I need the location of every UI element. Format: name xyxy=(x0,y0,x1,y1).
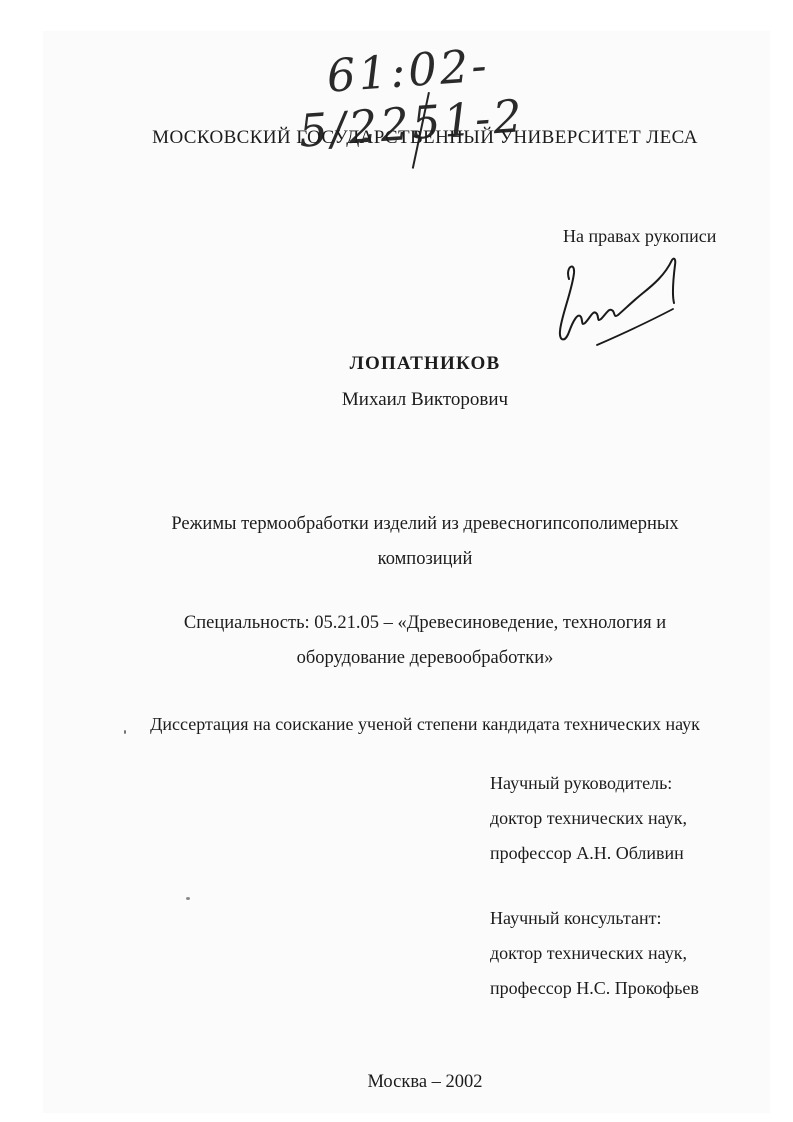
scan-artifact-dot xyxy=(186,897,190,900)
consultant-block: Научный консультант: доктор технических … xyxy=(490,901,699,1006)
city-year: Москва – 2002 xyxy=(70,1072,780,1093)
manuscript-rights-note: На правах рукописи xyxy=(563,226,716,247)
dissertation-statement: Диссертация на соискание ученой степени … xyxy=(70,714,780,735)
supervisor-name: профессор А.Н. Обливин xyxy=(490,836,687,871)
supervisor-degree: доктор технических наук, xyxy=(490,801,687,836)
signature-icon xyxy=(545,247,695,353)
dissertation-title-line2: композиций xyxy=(70,542,780,577)
specialty-line2: оборудование деревообработки» xyxy=(70,641,780,676)
specialty-line1: Специальность: 05.21.05 – «Древесиноведе… xyxy=(70,606,780,641)
scan-artifact-dot xyxy=(124,730,126,734)
supervisor-block: Научный руководитель: доктор технических… xyxy=(490,766,687,871)
supervisor-heading: Научный руководитель: xyxy=(490,766,687,801)
dissertation-title: Режимы термообработки изделий из древесн… xyxy=(70,507,780,577)
scanned-title-page: 61:02-5/2251-2 МОСКОВСКИЙ ГОСУДАРСТВЕННЫ… xyxy=(0,0,793,1122)
consultant-name: профессор Н.С. Прокофьев xyxy=(490,971,699,1006)
dissertation-title-line1: Режимы термообработки изделий из древесн… xyxy=(70,507,780,542)
author-surname: ЛОПАТНИКОВ xyxy=(70,353,780,375)
signature xyxy=(545,247,695,353)
consultant-degree: доктор технических наук, xyxy=(490,936,699,971)
university-name: МОСКОВСКИЙ ГОСУДАРСТВЕННЫЙ УНИВЕРСИТЕТ Л… xyxy=(70,127,780,149)
consultant-heading: Научный консультант: xyxy=(490,901,699,936)
specialty: Специальность: 05.21.05 – «Древесиноведе… xyxy=(70,606,780,676)
author-given-names: Михаил Викторович xyxy=(70,389,780,411)
